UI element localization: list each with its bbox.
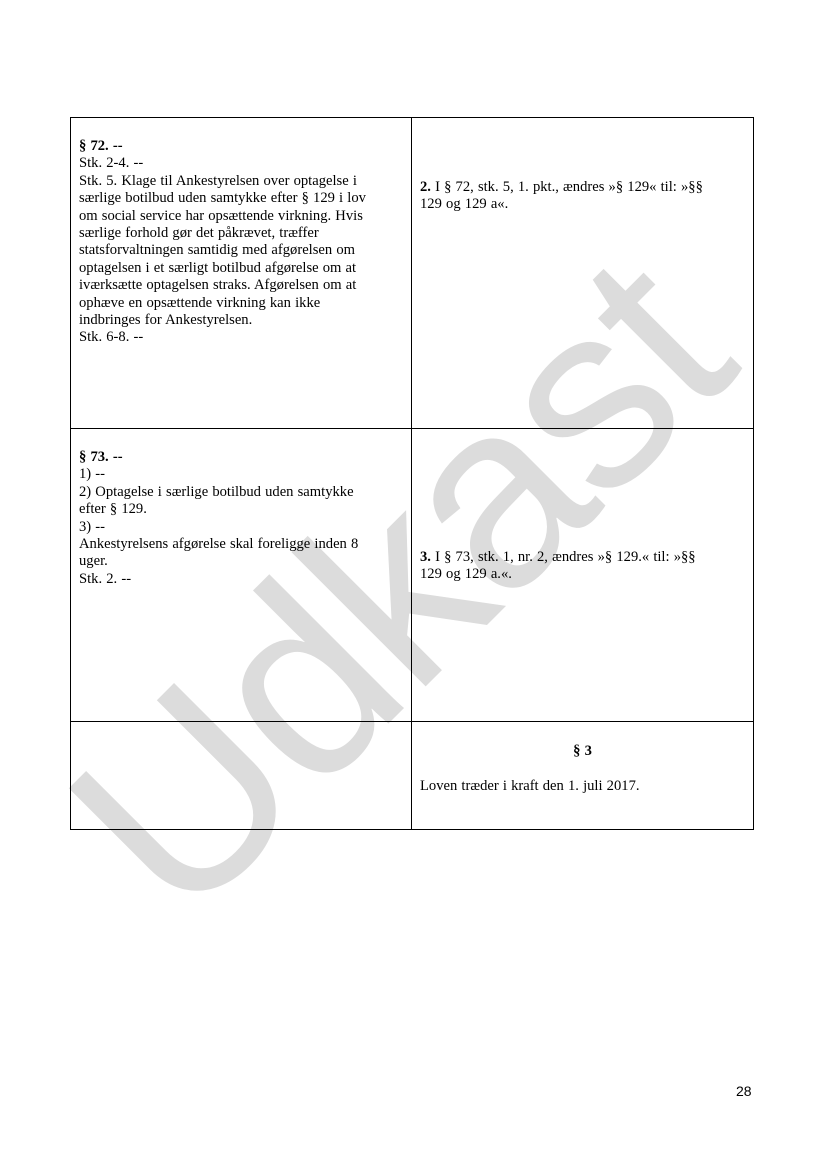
- text-line: efter § 129.: [79, 501, 403, 518]
- text-line: iværksætte optagelsen straks. Afgørelsen…: [79, 277, 403, 294]
- text-line: uger.: [79, 553, 403, 570]
- amendment-line: 129 og 129 a«.: [420, 196, 745, 213]
- amendment-text: I § 72, stk. 5, 1. pkt., ændres »§ 129« …: [431, 179, 703, 195]
- text-line: 2) Optagelse i særlige botilbud uden sam…: [79, 484, 403, 501]
- section-heading: § 72. --: [79, 138, 403, 155]
- amendment-number: 3.: [420, 549, 431, 565]
- proposal-cell: 2. I § 72, stk. 5, 1. pkt., ændres »§ 12…: [412, 118, 754, 429]
- proposal-cell: 3. I § 73, stk. 1, nr. 2, ændres »§ 129.…: [412, 429, 754, 722]
- amendment-text: I § 73, stk. 1, nr. 2, ændres »§ 129.« t…: [431, 549, 696, 565]
- section-heading: § 73. --: [79, 449, 403, 466]
- text-line: statsforvaltningen samtidig med afgørels…: [79, 242, 403, 259]
- text-line: særlige botilbud uden samtykke efter § 1…: [79, 190, 403, 207]
- empty-cell: [71, 722, 412, 830]
- section-heading: § 3: [420, 743, 745, 760]
- text-line: ophæve en opsættende virkning kan ikke: [79, 295, 403, 312]
- text-line: Stk. 6-8. --: [79, 329, 403, 346]
- text-line: 1) --: [79, 466, 403, 483]
- current-text-cell: § 72. -- Stk. 2-4. -- Stk. 5. Klage til …: [71, 118, 412, 429]
- current-text-cell: § 73. -- 1) -- 2) Optagelse i særlige bo…: [71, 429, 412, 722]
- proposal-cell: § 3 Loven træder i kraft den 1. juli 201…: [412, 722, 754, 830]
- text-line: 3) --: [79, 519, 403, 536]
- amendment-line: 129 og 129 a.«.: [420, 566, 745, 583]
- table-row: § 3 Loven træder i kraft den 1. juli 201…: [71, 722, 754, 830]
- amendment-line: 2. I § 72, stk. 5, 1. pkt., ændres »§ 12…: [420, 179, 745, 196]
- text-line: Ankestyrelsens afgørelse skal foreligge …: [79, 536, 403, 553]
- text-line: Stk. 5. Klage til Ankestyrelsen over opt…: [79, 173, 403, 190]
- text-line: optagelsen i et særligt botilbud afgørel…: [79, 260, 403, 277]
- text-line: særlige forhold gør det påkrævet, træffe…: [79, 225, 403, 242]
- text-line: om social service har opsættende virknin…: [79, 208, 403, 225]
- page-number: 28: [736, 1083, 752, 1099]
- text-line: Stk. 2. --: [79, 571, 403, 588]
- table-row: § 73. -- 1) -- 2) Optagelse i særlige bo…: [71, 429, 754, 722]
- amendment-table: § 72. -- Stk. 2-4. -- Stk. 5. Klage til …: [70, 117, 754, 830]
- spacer: [420, 760, 745, 778]
- text-line: Loven træder i kraft den 1. juli 2017.: [420, 778, 745, 795]
- amendment-line: 3. I § 73, stk. 1, nr. 2, ændres »§ 129.…: [420, 549, 745, 566]
- amendment-number: 2.: [420, 179, 431, 195]
- text-line: Stk. 2-4. --: [79, 155, 403, 172]
- table-row: § 72. -- Stk. 2-4. -- Stk. 5. Klage til …: [71, 118, 754, 429]
- text-line: indbringes for Ankestyrelsen.: [79, 312, 403, 329]
